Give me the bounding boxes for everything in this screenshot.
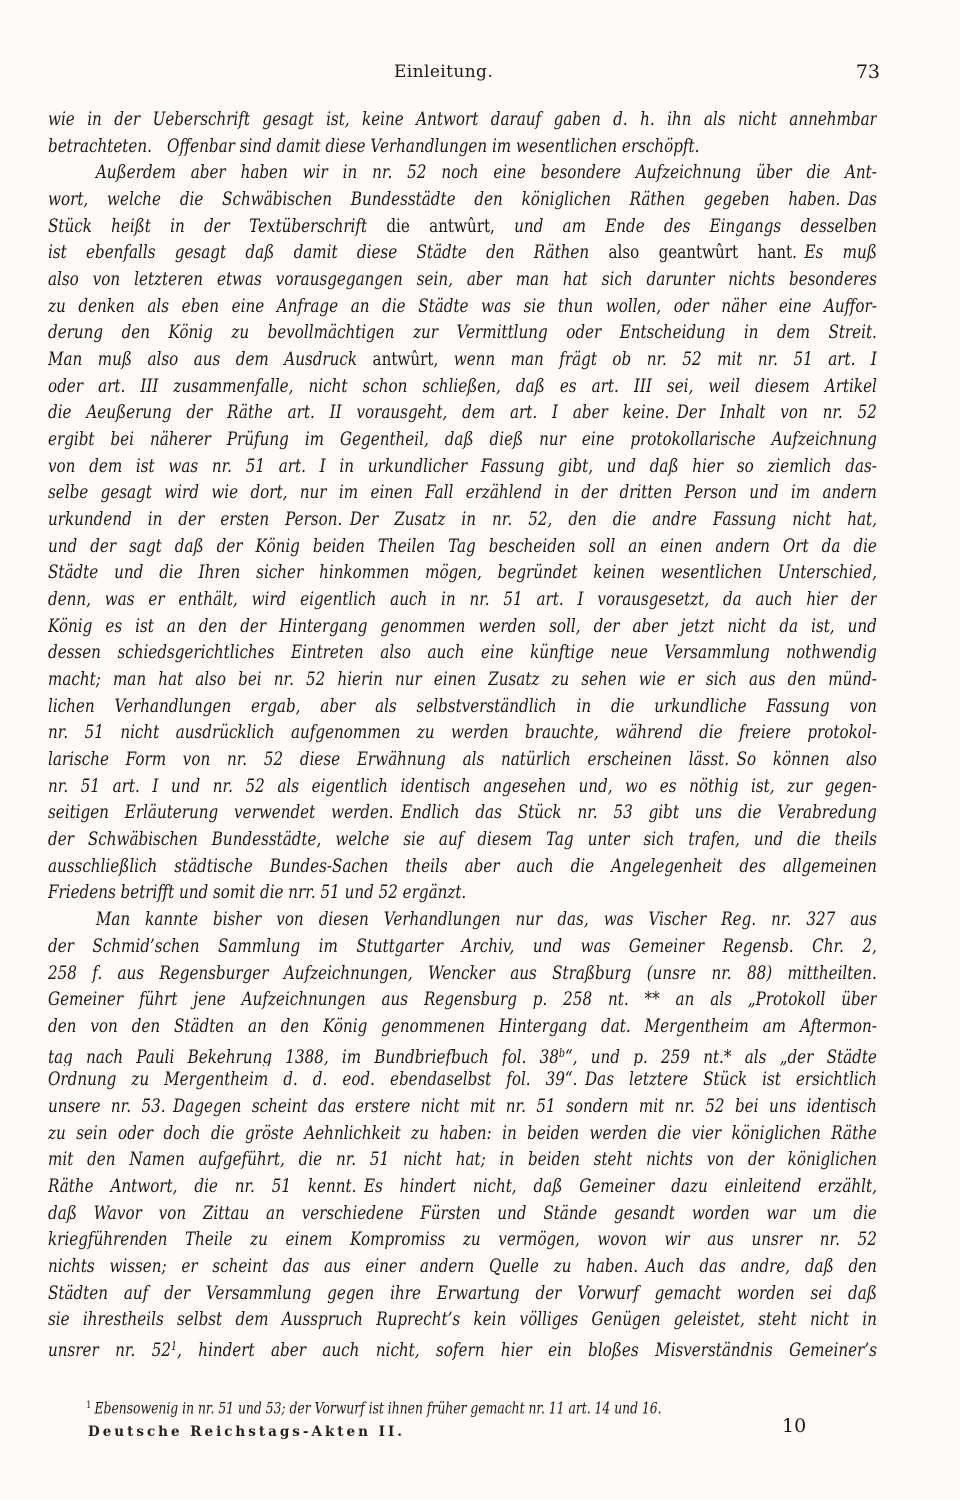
text-segment: und am Ende des Eingangs desselben — [495, 215, 877, 237]
text-line: also von letzteren etwas vorausgegangen … — [48, 266, 877, 293]
text-line: 258 f. aus Regensburger Aufzeichnungen, … — [48, 960, 877, 987]
text-segment: macht; man hat also bei nr. 52 hierin nu… — [48, 668, 877, 690]
body-text: wie in der Ueberschrift gesagt ist, kein… — [48, 106, 877, 1360]
text-segment: , hindert aber auch nicht, sofern hier e… — [177, 1339, 877, 1360]
text-segment: der Schmid’schen Sammlung im Stuttgarter… — [48, 935, 877, 957]
text-segment: 258 f. aus Regensburger Aufzeichnungen, … — [48, 962, 877, 984]
text-line: macht; man hat also bei nr. 52 hierin nu… — [48, 666, 877, 693]
text-segment: nichts wissen; er scheint das aus einer … — [48, 1255, 877, 1277]
text-segment: selbe gesagt wird wie dort, nur im einen… — [48, 481, 877, 503]
text-line: zu sein oder doch die gröste Aehnlichkei… — [48, 1120, 877, 1147]
footnote: 1Ebensowenig in nr. 51 und 53; der Vorwu… — [48, 1396, 877, 1419]
sheet-signature-number: 10 — [782, 1415, 822, 1437]
text-segment: seitigen Erläuterung verwendet werden. E… — [48, 801, 877, 823]
text-segment: Es muß — [797, 241, 877, 263]
text-line: oder art. III zusammenfalle, nicht schon… — [48, 373, 877, 400]
text-line: 25larische Form von nr. 52 diese Erwähnu… — [48, 746, 877, 773]
text-segment: und der sagt daß der König beiden Theile… — [48, 535, 877, 557]
text-line: 40mit den Namen aufgeführt, die nr. 51 n… — [48, 1146, 877, 1173]
upright-source-term: also geantwûrt hant. — [608, 241, 796, 263]
text-line: von dem ist was nr. 51 art. I in urkundl… — [48, 453, 877, 480]
text-segment: den von den Städten an den König genomme… — [48, 1015, 877, 1037]
text-line: und der sagt daß der König beiden Theile… — [48, 533, 877, 560]
page-number: 73 — [840, 61, 880, 83]
text-line: derung den König zu bevollmächtigen zur … — [48, 319, 877, 346]
text-line: ist ebenfalls gesagt daß damit diese Stä… — [48, 239, 877, 266]
text-line: denn, was er enthält, wird eigentlich au… — [48, 586, 877, 613]
text-segment: Räthe Antwort, die nr. 51 kennt. Es hind… — [48, 1175, 877, 1197]
text-line: seitigen Erläuterung verwendet werden. E… — [48, 799, 877, 826]
text-segment: nr. 51 nicht ausdrücklich aufgenommen zu… — [48, 721, 877, 743]
text-segment: Städten auf der Versammlung gegen ihre E… — [48, 1282, 877, 1304]
text-line: Außerdem aber haben wir in nr. 52 noch e… — [48, 159, 877, 186]
text-segment: mit den Namen aufgeführt, die nr. 51 nic… — [48, 1148, 877, 1170]
text-segment: dessen schiedsgerichtliches Eintreten al… — [48, 641, 877, 663]
text-line: wort, welche die Schwäbischen Bundesstäd… — [48, 186, 877, 213]
text-line: lichen Verhandlungen ergab, aber als sel… — [48, 693, 877, 720]
text-line: wie in der Ueberschrift gesagt ist, kein… — [48, 106, 877, 133]
text-segment: wenn man frägt ob nr. 52 mit nr. 51 art.… — [438, 348, 877, 370]
text-segment: urkundend in der ersten Person. Der Zusa… — [48, 508, 877, 530]
text-line: 20König es ist an den der Hintergang gen… — [48, 613, 877, 640]
text-segment: die Aeußerung der Räthe art. II vorausge… — [48, 401, 877, 423]
text-segment: Man muß also aus dem Ausdruck — [48, 348, 373, 370]
text-segment: unsrer nr. 52 — [48, 1339, 171, 1360]
text-segment: König es ist an den der Hintergang genom… — [48, 615, 877, 637]
text-line: daß Wavor von Zittau an verschiedene Für… — [48, 1200, 877, 1227]
text-line: nr. 51 art. I und nr. 52 als eigentlich … — [48, 773, 877, 800]
text-segment: derung den König zu bevollmächtigen zur … — [48, 321, 877, 343]
text-segment: tag nach Pauli Bekehrung 1388, im Bundbr… — [48, 1045, 559, 1066]
text-segment: sie ihrestheils selbst dem Ausspruch Rup… — [48, 1308, 877, 1330]
text-line: der Schmid’schen Sammlung im Stuttgarter… — [48, 933, 877, 960]
volume-signature: Deutsche Reichstags-Akten II. — [88, 1424, 405, 1440]
text-segment: denn, was er enthält, wird eigentlich au… — [48, 588, 877, 610]
text-segment: der Schwäbischen Bundesstädte, welche si… — [48, 828, 877, 850]
text-segment: Außerdem aber haben wir in nr. 52 noch e… — [96, 161, 877, 183]
text-line: unsrer nr. 521, hindert aber auch nicht,… — [48, 1333, 877, 1360]
text-line: der Schwäbischen Bundesstädte, welche si… — [48, 826, 877, 853]
text-line: dessen schiedsgerichtliches Eintreten al… — [48, 639, 877, 666]
text-line: die Aeußerung der Räthe art. II vorausge… — [48, 399, 877, 426]
footnote-text: Ebensowenig in nr. 51 und 53; der Vorwur… — [95, 1400, 662, 1418]
text-segment: also von letzteren etwas vorausgegangen … — [48, 268, 877, 290]
text-line: urkundend in der ersten Person. Der Zusa… — [48, 506, 877, 533]
text-line: 45Städten auf der Versammlung gegen ihre… — [48, 1280, 877, 1307]
text-segment: lichen Verhandlungen ergab, aber als sel… — [48, 695, 877, 717]
text-line: ergibt bei näherer Prüfung im Gegentheil… — [48, 426, 877, 453]
text-line: betrachteten. Offenbar sind damit diese … — [48, 133, 877, 160]
text-line: 10Man muß also aus dem Ausdruck antwûrt,… — [48, 346, 877, 373]
text-line: sie ihrestheils selbst dem Ausspruch Rup… — [48, 1306, 877, 1333]
footnote-marker: 1 — [86, 1400, 91, 1411]
text-segment: nr. 51 art. I und nr. 52 als eigentlich … — [48, 775, 877, 797]
text-line: 15selbe gesagt wird wie dort, nur im ein… — [48, 479, 877, 506]
text-segment: wort, welche die Schwäbischen Bundesstäd… — [48, 188, 877, 210]
upright-source-term: die antwûrt, — [386, 215, 494, 237]
text-segment: unsere nr. 53. Dagegen scheint das erste… — [48, 1095, 877, 1117]
text-segment: “, und p. 259 nt.* als „der Städte — [565, 1045, 877, 1066]
text-segment: Gemeiner führt jene Aufzeichnungen aus R… — [48, 988, 877, 1010]
text-segment: ist ebenfalls gesagt daß damit diese Stä… — [48, 241, 608, 263]
text-segment: larische Form von nr. 52 diese Erwähnung… — [48, 748, 877, 770]
upright-source-term: antwûrt, — [373, 348, 439, 370]
text-line: 35den von den Städten an den König genom… — [48, 1013, 877, 1040]
text-line: kriegführenden Theile zu einem Kompromis… — [48, 1226, 877, 1253]
text-line: Man kannte bisher von diesen Verhandlung… — [48, 906, 877, 933]
text-segment: oder art. III zusammenfalle, nicht schon… — [48, 375, 877, 397]
text-line: tag nach Pauli Bekehrung 1388, im Bundbr… — [48, 1040, 877, 1067]
text-line: nr. 51 nicht ausdrücklich aufgenommen zu… — [48, 719, 877, 746]
text-segment: Friedens betrifft und somit die nrr. 51 … — [48, 881, 466, 903]
text-line: unsere nr. 53. Dagegen scheint das erste… — [48, 1093, 877, 1120]
text-segment: daß Wavor von Zittau an verschiedene Für… — [48, 1202, 877, 1224]
book-page: Einleitung. 73 wie in der Ueberschrift g… — [0, 0, 960, 1500]
text-segment: Stück heißt in der Textüberschrift — [48, 215, 386, 237]
page-title: Einleitung. — [394, 62, 493, 82]
text-line: ausschließlich städtische Bundes-Sachen … — [48, 853, 877, 880]
text-segment: betrachteten. Offenbar sind damit diese … — [48, 135, 699, 157]
text-segment: ausschließlich städtische Bundes-Sachen … — [48, 855, 877, 877]
text-segment: Man kannte bisher von diesen Verhandlung… — [96, 908, 877, 930]
text-line: 5Stück heißt in der Textüberschrift die … — [48, 213, 877, 240]
text-segment: wie in der Ueberschrift gesagt ist, kein… — [48, 108, 877, 130]
text-line: 30Friedens betrifft und somit die nrr. 5… — [48, 879, 877, 906]
text-line: nichts wissen; er scheint das aus einer … — [48, 1253, 877, 1280]
text-segment: zu sein oder doch die gröste Aehnlichkei… — [48, 1122, 877, 1144]
text-segment: Ordnung zu Mergentheim d. d. eod. ebenda… — [48, 1068, 877, 1090]
text-segment: von dem ist was nr. 51 art. I in urkundl… — [48, 455, 877, 477]
text-line: Gemeiner führt jene Aufzeichnungen aus R… — [48, 986, 877, 1013]
text-line: Städte und die Ihren sicher hinkommen mö… — [48, 559, 877, 586]
text-segment: Städte und die Ihren sicher hinkommen mö… — [48, 561, 877, 583]
text-segment: ergibt bei näherer Prüfung im Gegentheil… — [48, 428, 877, 450]
text-line: Räthe Antwort, die nr. 51 kennt. Es hind… — [48, 1173, 877, 1200]
text-segment: kriegführenden Theile zu einem Kompromis… — [48, 1228, 877, 1250]
text-line: Ordnung zu Mergentheim d. d. eod. ebenda… — [48, 1066, 877, 1093]
text-line: zu denken als eben eine Anfrage an die S… — [48, 293, 877, 320]
running-head: Einleitung. 73 — [0, 61, 960, 87]
text-segment: zu denken als eben eine Anfrage an die S… — [48, 295, 877, 317]
